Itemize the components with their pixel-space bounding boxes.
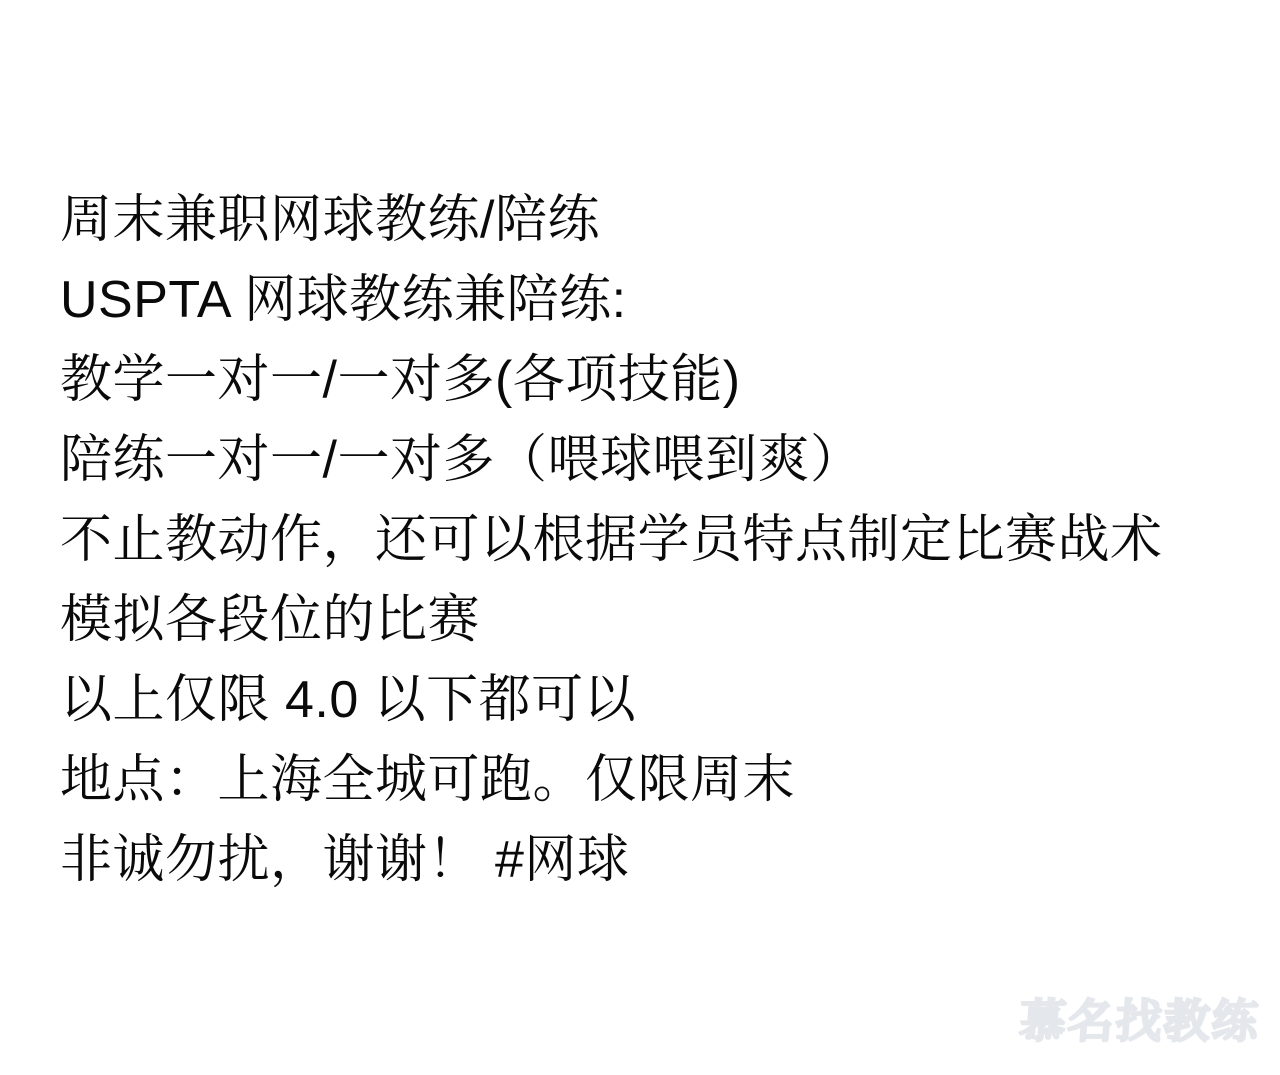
post-line-location: 地点：上海全城可跑。仅限周末 xyxy=(60,740,1230,820)
post-line: 教学一对一/一对多(各项技能) xyxy=(60,340,1230,420)
post-line-title: 周末兼职网球教练/陪练 xyxy=(60,180,1230,260)
post-body: 周末兼职网球教练/陪练 USPTA 网球教练兼陪练: 教学一对一/一对多(各项技… xyxy=(60,180,1230,900)
post-line: 不止教动作，还可以根据学员特点制定比赛战术 xyxy=(60,500,1230,580)
post-line: 以上仅限 4.0 以下都可以 xyxy=(60,660,1230,740)
post-canvas: 周末兼职网球教练/陪练 USPTA 网球教练兼陪练: 教学一对一/一对多(各项技… xyxy=(0,0,1280,1075)
watermark-text: 慕名找教练 xyxy=(1018,985,1263,1051)
post-line-subtitle: USPTA 网球教练兼陪练: xyxy=(60,260,1230,340)
post-line-hashtag: 非诚勿扰，谢谢！ #网球 xyxy=(60,820,1230,900)
post-line: 模拟各段位的比赛 xyxy=(60,580,1230,660)
post-line: 陪练一对一/一对多（喂球喂到爽） xyxy=(60,420,1230,500)
